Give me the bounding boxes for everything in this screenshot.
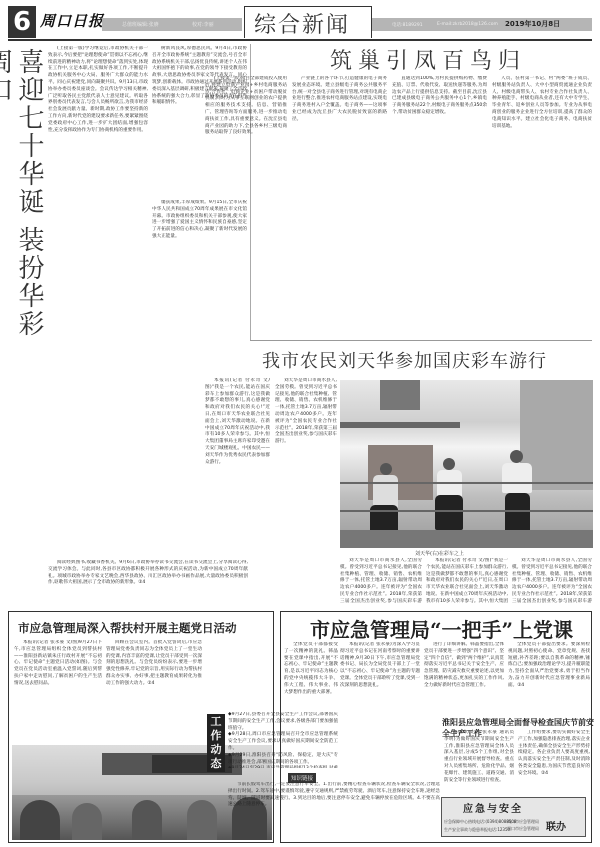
farmer-parade-photo [340, 380, 593, 548]
issue-date: 2019年10月8日 [505, 19, 560, 29]
work-news-tag: 工作动态 [207, 714, 225, 772]
farmer-headline: 我市农民刘天华参加国庆彩车游行 [262, 347, 547, 373]
huaiyang-col-1: 本报讯(记者 张永豪 通讯员 李明)为做好国庆节期间安全生产工作,淮阳县应急管理… [444, 730, 514, 794]
safety-org-1: 周口市应急管理局 [507, 819, 539, 825]
emergency-left-col-1: 本报讯(记者 张永豪 文/图)9月27日下午,市应急管理局组织全体党员到帮扶村—… [14, 640, 102, 740]
celebrate-col-1: (上接第一版)学习继竞后,市政协机关干部一致表示,今后要把“论理想使命”贯彻以不… [48, 46, 148, 561]
safety-phone: 应急保障中心热线电话:(0394)8088508 [444, 819, 516, 825]
editor-label: 总值班编辑:张赓 [122, 21, 159, 28]
huaiyang-col-2: 工作组要求,要切实做好安全生产工作,加强隐患排查治理,落实企业主体责任,确保全县… [518, 730, 590, 794]
nest-col-1: (上接第一版)项目全部建成投入使用后,将建立电商产业园+乡村电商服务站点,合作社… [205, 76, 287, 338]
phone-label: 电话:8189291 [392, 22, 423, 28]
emergency-right-col-3: 进行了详细讲解。韩晶要指出,全体党员干部要进一步增强“四个意识”、坚定“四个自信… [424, 642, 504, 712]
photo-caption: 刘天华(右)在彩车之上 [415, 550, 464, 557]
farmer-col-5: 刘天华是周口市商水县人,全国劳模。曾受到习近平总书记接见,他的联合社集种植、管理… [512, 558, 592, 604]
paper-name-logo: 周口日报 [40, 10, 104, 31]
nest-col-4: 人员、驻村第一书记、村“两委”班子成员、村级服务站负责人、大中小型商贸流通企业负… [492, 76, 592, 338]
emergency-right-col-4: 全体党员干部提出要求。要深刻检视问题,对照初心使命、党章党规、查找短板,补齐差距… [508, 642, 590, 712]
farmer-col-4: 本报讯(记者 付永奇 文/图)“我是一个农民,能站在国庆彩车上参加群众游行,这是… [426, 558, 508, 604]
section-title: 综合新闻 [254, 8, 350, 39]
nest-col-3: 直通达到100%,为村民提供购药物、缴费充值、订票、代收代发、取送快递等服务,为… [392, 76, 487, 338]
farmer-col-2: 刘天华是周口市商水县人,全国劳模。曾受到习近平总书记接见,他的联合社集种植、管理… [275, 378, 337, 603]
designer-label: 校对:李丽 [192, 21, 214, 28]
emergency-right-col-1: 本报讯(记者 张永豪)为深入学习贯彻习近平总书记在河南考察时的重要讲话精神,9月… [340, 642, 420, 707]
header-bar-left: 总值班编辑:张赓 校对:李丽 [102, 18, 242, 31]
safety-joint-label: 联办 [546, 818, 566, 833]
emergency-left-col-2: 回顾在会议室内。首批入党誓词后,市应急管理局党委负责同志为全体党员上了一堂生动的… [106, 640, 202, 740]
emergency-left-headline: 市应急管理局深入帮扶村开展主题党日活动 [18, 620, 237, 636]
header-rule [8, 39, 592, 41]
safety-hotline: 生产安全事故与隐患举报电话:12350 [444, 827, 510, 833]
nest-col-2: 产业链上的各个环节,打造健康的电子商务发展业态环境。建立县级电子商务公共服务平台… [292, 76, 387, 338]
email-label: E-mail:zkrb2018@126.com [437, 22, 498, 27]
safety-column-title: 应急与安全 [463, 800, 523, 815]
nest-headline: 筑巢引凤百鸟归 [330, 44, 526, 75]
safety-org-2: 周口市应急管理局 [507, 826, 539, 832]
page-number: 6 [8, 6, 36, 38]
farmer-col-1: 本报讯(记者 付永奇 文/图)“我是一个农民,能站在国庆彩车上参加群众游行,这是… [205, 378, 270, 603]
emergency-right-headline: 市应急管理局“一把手”上党课 [310, 614, 573, 643]
celebrate-headline: 喜迎七十华诞 装扮华彩周口 [10, 48, 44, 348]
farmer-col-3: 刘天华是周口市商水县人,全国劳模。曾受到习近平总书记接见,他的联合社集种植、管理… [340, 558, 422, 604]
emergency-right-col-0: 全体党员干部都接受了一次精神的洗礼。韩晶要在党课中指出,开展“不忘初心、牢记使命… [284, 642, 338, 707]
